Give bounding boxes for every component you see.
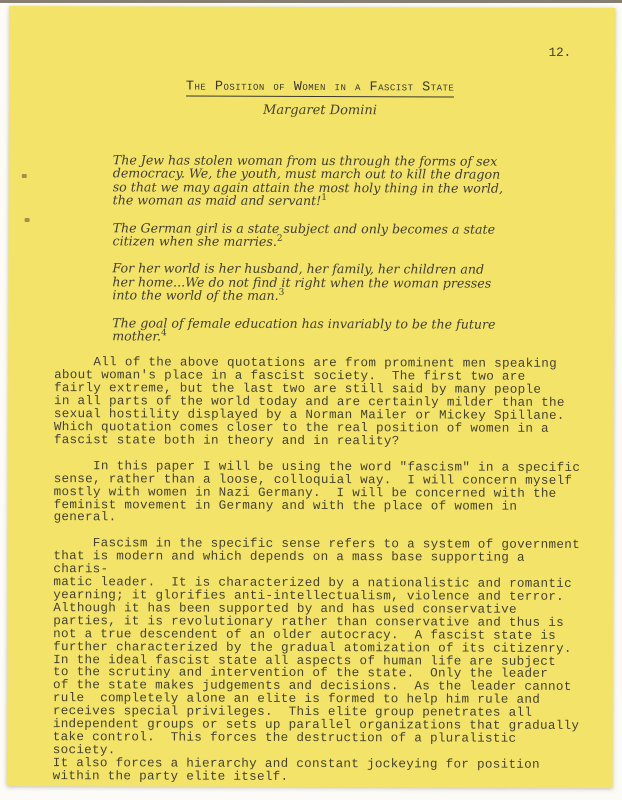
page-title: The Position of Women in a Fascist State [186, 80, 455, 98]
footnote-marker-1: 1 [321, 193, 327, 203]
quote-1-text: The Jew has stolen woman from us through… [113, 152, 503, 208]
scan-edge [0, 0, 622, 3]
quote-3-text: For her world is her husband, her family… [112, 261, 491, 303]
paragraph: In this paper I will be using the word "… [54, 460, 584, 526]
quote-1: The Jew has stolen woman from us through… [113, 153, 575, 208]
footnote-marker-3: 3 [279, 288, 285, 298]
quote-4: The goal of female education has invaria… [112, 316, 574, 344]
quote-3: For her world is her husband, her family… [112, 262, 574, 304]
yellow-paper-sheet: 12. The Position of Women in a Fascist S… [7, 6, 616, 788]
quote-2: The German girl is a state subject and o… [113, 221, 575, 249]
page-number: 12. [55, 44, 585, 60]
quote-2-text: The German girl is a state subject and o… [113, 220, 496, 249]
scanned-page: 12. The Position of Women in a Fascist S… [0, 0, 622, 800]
page-content: 12. The Position of Women in a Fascist S… [7, 6, 616, 788]
quotation-block: The Jew has stolen woman from us through… [112, 153, 575, 344]
quote-4-text: The goal of female education has invaria… [112, 315, 495, 344]
paragraph: All of the above quotations are from pro… [54, 357, 584, 449]
body-text: All of the above quotations are from pro… [53, 357, 584, 785]
footnote-marker-2: 2 [277, 234, 283, 244]
paragraph: Fascism in the specific sense refers to … [53, 537, 584, 784]
author-byline: Margaret Domini [55, 102, 585, 119]
footnote-marker-4: 4 [161, 328, 167, 338]
title-block: The Position of Women in a Fascist State… [55, 76, 585, 119]
